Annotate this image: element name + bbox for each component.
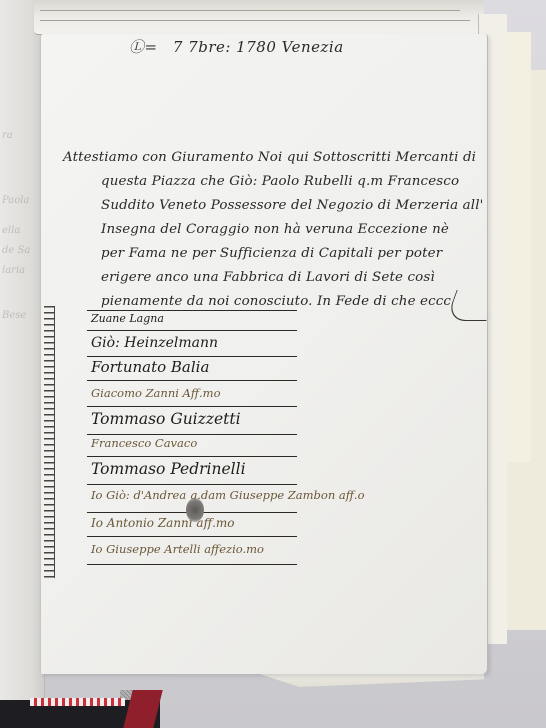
signature-rule	[87, 356, 297, 357]
ink-blot-seal	[186, 498, 204, 522]
body-line: pienamente da noi conosciuto. In Fede di…	[101, 294, 451, 309]
signature: Tommaso Guizzetti	[91, 410, 241, 428]
signature-rule	[87, 310, 297, 311]
signature: Giacomo Zanni Aff.mo	[91, 386, 221, 400]
body-line: Attestiamo con Giuramento Noi qui Sottos…	[63, 150, 476, 165]
left-facing-page: ra Paola ella de Sa laria Bese	[0, 0, 45, 700]
signature: Io Antonio Zanni aff.mo	[91, 516, 235, 530]
signature-rule	[87, 456, 297, 457]
bleed-text: ra	[2, 130, 13, 141]
signature-rule	[87, 406, 297, 407]
signature-rule	[87, 484, 297, 485]
bleed-text: Paola	[2, 195, 29, 206]
signature-rule	[87, 330, 297, 331]
signature-block: Zuane Lagna Giò: Heinzelmann Fortunato B…	[87, 310, 467, 590]
stacked-pages-top	[34, 0, 484, 35]
signature-rule	[87, 536, 297, 537]
body-line: Insegna del Coraggio non hà veruna Eccez…	[101, 222, 449, 237]
body-line: questa Piazza che Giò: Paolo Rubelli q.m…	[101, 174, 459, 189]
signature: Zuane Lagna	[91, 312, 164, 325]
signature: Io Giuseppe Artelli affezio.mo	[91, 542, 264, 556]
bleed-text: Bese	[2, 310, 26, 321]
document-header: Ⓛ= 7 7bre: 1780 Venezia	[129, 36, 344, 57]
body-line: erigere anco una Fabbrica di Lavori di S…	[101, 270, 435, 285]
signature: Francesco Cavaco	[91, 436, 197, 450]
signature: Io Giò: d'Andrea q.dam Giuseppe Zambon a…	[91, 488, 365, 502]
bleed-text: ella	[2, 225, 20, 236]
signature-rule	[87, 564, 297, 565]
page-edge-line	[40, 10, 460, 11]
decorative-tape	[30, 698, 125, 706]
bleed-text: laria	[2, 265, 25, 276]
page-edge-line	[40, 20, 470, 21]
signature-rule	[87, 434, 297, 435]
manuscript-page: Ⓛ= 7 7bre: 1780 Venezia Attestiamo con G…	[40, 34, 488, 674]
body-line: Suddito Veneto Possessore del Negozio di…	[101, 198, 483, 213]
header-date-place: 7 7bre: 1780 Venezia	[173, 38, 344, 56]
signature: Fortunato Balia	[91, 358, 209, 376]
signature: Giò: Heinzelmann	[91, 335, 218, 351]
header-mark: Ⓛ=	[129, 36, 158, 57]
bleed-text: de Sa	[2, 245, 30, 256]
signature-rule	[87, 380, 297, 381]
photo-scene: ra Paola ella de Sa laria Bese a da ssr …	[0, 0, 546, 728]
body-line: per Fama ne per Sufficienza di Capitali …	[101, 246, 442, 261]
bracket-flourish	[44, 306, 55, 578]
signature: Tommaso Pedrinelli	[91, 460, 246, 478]
